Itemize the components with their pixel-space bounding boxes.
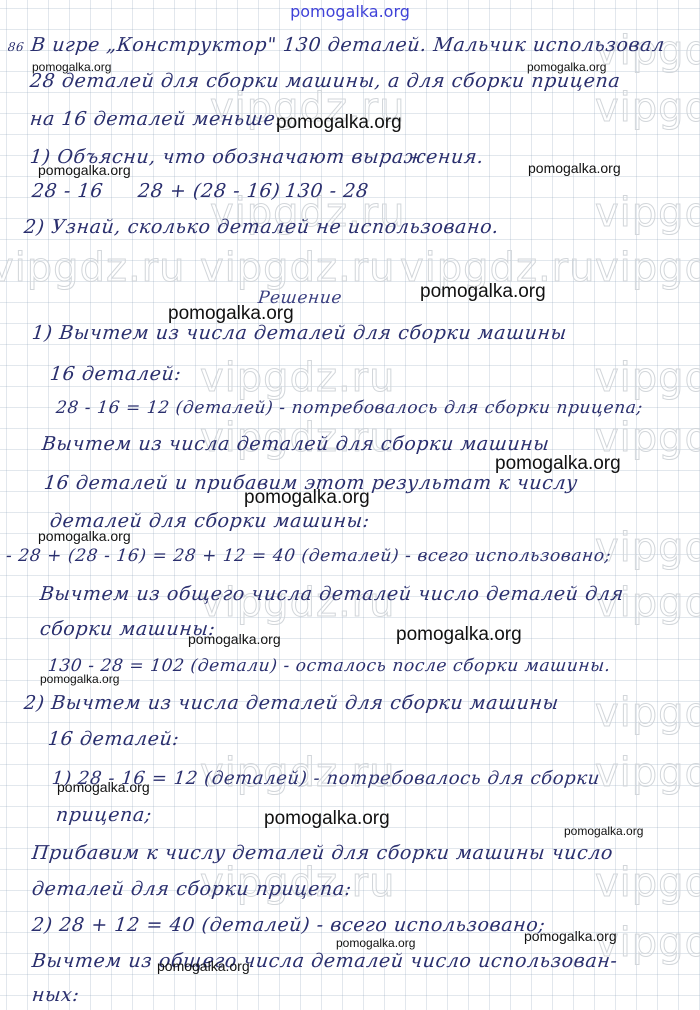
watermark-vipgdz: vipgdz.ru bbox=[200, 245, 395, 291]
expression: 28 + (28 - 16) bbox=[137, 180, 282, 202]
homework-page: vipgdz.ru vipgdz.ru vipgdz.ru vipgdz.ru … bbox=[0, 0, 700, 1010]
watermark-pomogalka: pomogalka.org bbox=[276, 112, 402, 134]
header-watermark: pomogalka.org bbox=[0, 2, 700, 21]
watermark-vipgdz: vipgdz.ru bbox=[595, 860, 700, 906]
solution-line: 2) 28 + 12 = 40 (деталей) - всего исполь… bbox=[31, 914, 547, 936]
task-2: 2) Узнай, сколько деталей не использован… bbox=[23, 216, 500, 238]
watermark-pomogalka: pomogalka.org bbox=[527, 60, 606, 74]
watermark-pomogalka: pomogalka.org bbox=[188, 631, 281, 647]
solution-line: Вычтем из числа деталей для сборки машин… bbox=[41, 433, 551, 455]
problem-number: 86 bbox=[7, 40, 25, 54]
watermark-pomogalka: pomogalka.org bbox=[57, 779, 150, 795]
watermark-vipgdz: vipgdz.ru bbox=[595, 750, 700, 796]
watermark-pomogalka: pomogalka.org bbox=[264, 808, 390, 830]
expression: 28 - 16 bbox=[31, 180, 104, 202]
solution-line: 28 - 16 = 12 (деталей) - потребовалось д… bbox=[55, 398, 644, 418]
watermark-pomogalka: pomogalka.org bbox=[495, 453, 621, 475]
problem-line: 86 В игре „Конструктор" 130 деталей. Мал… bbox=[7, 34, 666, 56]
watermark-pomogalka: pomogalka.org bbox=[524, 928, 617, 944]
watermark-pomogalka: pomogalka.org bbox=[38, 528, 131, 544]
solution-line: деталей для сборки прицепа: bbox=[31, 878, 353, 900]
solution-line: Вычтем из общего числа деталей число исп… bbox=[31, 950, 619, 972]
watermark-pomogalka: pomogalka.org bbox=[40, 672, 119, 686]
watermark-pomogalka: pomogalka.org bbox=[564, 824, 643, 838]
solution-line: прицепа; bbox=[55, 804, 153, 826]
watermark-pomogalka: pomogalka.org bbox=[244, 487, 370, 509]
solution-line: Прибавим к числу деталей для сборки маши… bbox=[31, 842, 614, 864]
watermark-vipgdz: vipgdz.ru bbox=[0, 245, 185, 291]
watermark-vipgdz: vipgdz.ru bbox=[595, 245, 700, 291]
watermark-pomogalka: pomogalka.org bbox=[528, 160, 621, 176]
watermark-vipgdz: vipgdz.ru bbox=[595, 355, 700, 401]
watermark-pomogalka: pomogalka.org bbox=[396, 624, 522, 646]
watermark-pomogalka: pomogalka.org bbox=[38, 162, 131, 178]
watermark-pomogalka: pomogalka.org bbox=[157, 958, 250, 974]
watermark-vipgdz: vipgdz.ru bbox=[200, 355, 395, 401]
watermark-vipgdz: vipgdz.ru bbox=[595, 690, 700, 736]
problem-line: на 16 деталей меньше. bbox=[29, 108, 283, 130]
solution-line: 1) Вычтем из числа деталей для сборки ма… bbox=[31, 322, 568, 344]
solution-line: 130 - 28 = 102 (детали) - осталось после… bbox=[47, 656, 612, 676]
watermark-pomogalka: pomogalka.org bbox=[336, 936, 415, 950]
watermark-pomogalka: pomogalka.org bbox=[32, 60, 111, 74]
solution-line: Вычтем из общего числа деталей число дет… bbox=[39, 583, 625, 605]
watermark-pomogalka: pomogalka.org bbox=[420, 281, 546, 303]
solution-line: 16 деталей: bbox=[47, 728, 181, 750]
solution-line: 16 деталей: bbox=[49, 363, 183, 385]
solution-line: ных: bbox=[31, 984, 81, 1006]
watermark-vipgdz: vipgdz.ru bbox=[595, 190, 700, 236]
solution-line: - 28 + (28 - 16) = 28 + 12 = 40 (деталей… bbox=[5, 546, 612, 566]
solution-line: 2) Вычтем из числа деталей для сборки ма… bbox=[23, 692, 560, 714]
expression: 130 - 28 bbox=[284, 180, 370, 202]
watermark-pomogalka: pomogalka.org bbox=[168, 303, 294, 325]
